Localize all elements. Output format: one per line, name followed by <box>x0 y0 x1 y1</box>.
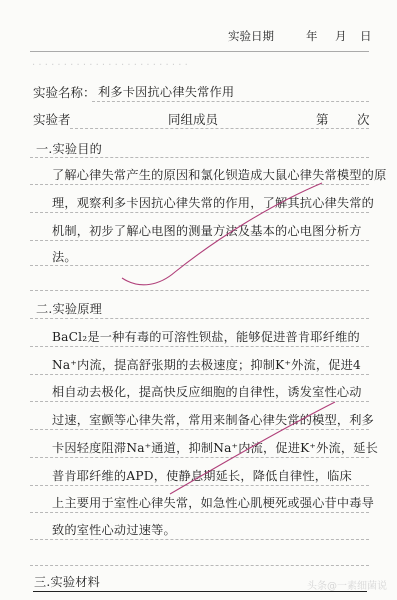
ruled-line <box>30 539 369 540</box>
section-materials-title: 三.实验材料 <box>34 573 100 590</box>
times-suffix: 次 <box>357 110 370 128</box>
principle-line: 过速，室颤等心律失常，常用来制备心律失常的模型，利多 <box>52 411 374 428</box>
objective-line: 机制，初步了解心电图的测量方法及基本的心电图分析方 <box>52 222 362 239</box>
date-label: 实验日期 <box>228 28 274 44</box>
ruled-line <box>30 512 369 513</box>
principle-line: 上主要用于室性心律失常，如急性心肌梗死或强心苷中毒导 <box>52 494 374 511</box>
year-label: 年 <box>306 28 318 44</box>
ruled-line <box>30 346 369 347</box>
group-members-label: 同组成员 <box>168 110 218 128</box>
ruled-line <box>30 290 369 291</box>
principle-line: BaCl₂是一种有毒的可溶性钡盐，能够促进普肯耶纤维的 <box>52 328 360 345</box>
ruled-line <box>30 240 369 241</box>
watermark: 头条@一素细菌说 <box>307 577 387 592</box>
principle-line: 相自动去极化，提高快反应细胞的自律性，诱发室性心动 <box>52 383 362 400</box>
experiment-name-label: 实验名称： <box>33 83 96 101</box>
objective-line: 理，观察利多卡因抗心律失常的作用，了解其抗心律失常的 <box>52 194 374 211</box>
ruled-line <box>30 184 369 185</box>
principle-line: 卡因轻度阻滞Na⁺通道，抑制Na⁺内流，促进K⁺外流，延长 <box>52 439 378 456</box>
section-principle-title: 二.实验原理 <box>36 300 102 317</box>
principle-line: Na⁺内流，提高舒张期的去极速度；抑制K⁺外流，促进4 <box>52 356 361 373</box>
ruled-line <box>30 485 369 486</box>
experimenter-label: 实验者 <box>33 110 71 128</box>
month-label: 月 <box>335 28 347 44</box>
name-underline <box>92 101 369 102</box>
bleed-through-text: · · · · · · · · · · · · · · · · · · · · … <box>32 60 188 71</box>
section-objective-title: 一.实验目的 <box>36 140 102 157</box>
day-label: 日 <box>360 28 372 44</box>
principle-line: 致的室性心动过速等。 <box>52 521 176 538</box>
ruled-line <box>30 401 369 402</box>
ruled-line <box>30 374 369 375</box>
header-divider <box>30 51 369 52</box>
times-prefix: 第 <box>316 110 329 128</box>
lab-report-page: 实验日期 年 月 日 · · · · · · · · · · · · · · ·… <box>0 0 397 600</box>
principle-line: 普肯耶纤维的APD，使静息期延长，降低自律性，临床 <box>52 467 352 484</box>
ruled-line <box>30 157 369 158</box>
experimenter-underline <box>70 128 369 129</box>
ruled-line <box>30 457 369 458</box>
objective-line: 了解心律失常产生的原因和氯化钡造成大鼠心律失常模型的原 <box>52 166 386 183</box>
ruled-line <box>30 318 369 319</box>
experiment-name-value: 利多卡因抗心律失常作用 <box>98 83 234 100</box>
objective-line: 法。 <box>52 248 77 265</box>
ruled-line <box>30 212 369 213</box>
ruled-line <box>30 565 369 566</box>
ruled-line <box>30 429 369 430</box>
ruled-line <box>30 265 369 266</box>
